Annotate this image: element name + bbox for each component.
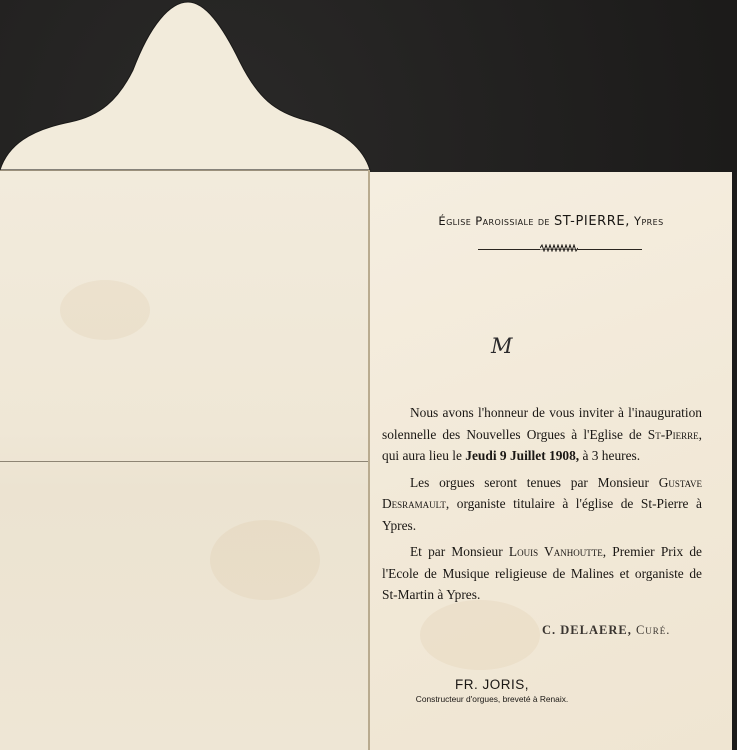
envelope-flap <box>0 0 372 175</box>
text-fragment: Et par Monsieur <box>410 544 509 559</box>
horizontal-fold-line <box>0 461 369 462</box>
salutation-monogram: M <box>491 334 513 358</box>
organ-builder-name: FR. JORIS, <box>406 677 578 692</box>
invitation-content: Église Paroissiale de ST-PIERRE, Ypres M… <box>370 172 732 750</box>
heading-prefix: Église Paroissiale de <box>438 214 549 228</box>
church-name: St-Pierre <box>648 427 699 442</box>
priest-signature: C. DELAERE, Curé. <box>542 623 670 638</box>
paper-stain <box>60 280 150 340</box>
signature-name: C. DELAERE, <box>542 623 632 637</box>
event-date: Jeudi 9 Juillet 1908, <box>465 448 579 463</box>
text-fragment: Les orgues seront tenues par Monsieur <box>410 475 659 490</box>
paragraph-second-organist: Et par Monsieur Louis Vanhoutte, Premier… <box>382 541 702 606</box>
zigzag-ornament-icon <box>540 244 578 252</box>
heading-church: ST-PIERRE, <box>554 214 630 229</box>
organist-name: Louis Vanhoutte <box>509 544 603 559</box>
heading-town: Ypres <box>634 214 664 228</box>
paper-stain <box>210 520 320 600</box>
invitation-body: Nous avons l'honneur de vous inviter à l… <box>382 402 702 611</box>
church-heading: Église Paroissiale de ST-PIERRE, Ypres <box>370 214 732 229</box>
envelope-back-panel <box>0 170 369 750</box>
signature-title: Curé. <box>636 623 670 637</box>
organ-builder-subtitle: Constructeur d'orgues, breveté à Renaix. <box>406 694 578 704</box>
event-time: à 3 heures. <box>579 448 640 463</box>
organ-builder-credit: FR. JORIS, Constructeur d'orgues, brevet… <box>406 677 578 704</box>
paragraph-first-organist: Les orgues seront tenues par Monsieur Gu… <box>382 472 702 537</box>
paragraph-invitation: Nous avons l'honneur de vous inviter à l… <box>382 402 702 467</box>
flap-fold-line <box>0 170 369 171</box>
